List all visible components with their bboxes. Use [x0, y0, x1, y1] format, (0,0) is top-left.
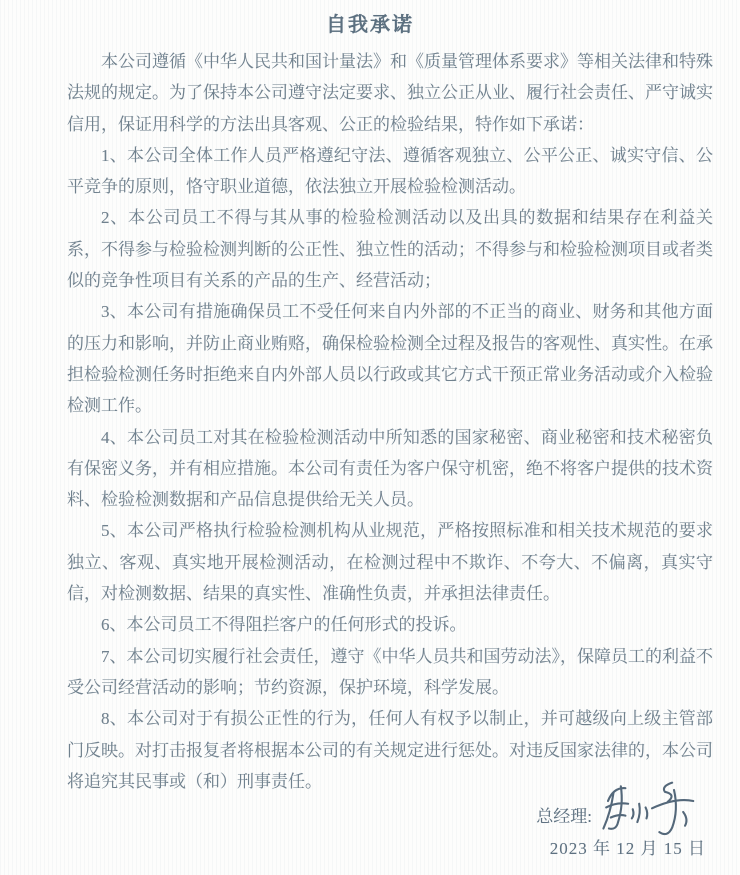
- signature-row: 总经理:: [536, 801, 706, 833]
- document-body: 本公司遵循《中华人民共和国计量法》和《质量管理体系要求》等相关法律和特殊法规的规…: [67, 46, 713, 797]
- signature-date: 2023 年 12 月 15 日: [536, 837, 706, 861]
- signature-title-label: 总经理:: [536, 805, 592, 829]
- commitment-item-5: 5、本公司严格执行检验检测机构从业规范，严格按照标准和相关技术规范的要求独立、客…: [67, 515, 713, 609]
- commitment-item-4: 4、本公司员工对其在检验检测活动中所知悉的国家秘密、商业秘密和技术秘密负有保密义…: [67, 422, 713, 516]
- handwritten-signature-icon: [596, 779, 708, 845]
- paragraph-intro: 本公司遵循《中华人民共和国计量法》和《质量管理体系要求》等相关法律和特殊法规的规…: [67, 46, 713, 140]
- commitment-item-6: 6、本公司员工不得阻拦客户的任何形式的投诉。: [67, 609, 713, 640]
- document-title: 自我承诺: [0, 0, 740, 39]
- signature-block: 总经理:: [536, 801, 706, 861]
- commitment-item-1: 1、本公司全体工作人员严格遵纪守法、遵循客观独立、公平公正、诚实守信、公平竞争的…: [67, 140, 713, 203]
- commitment-item-7: 7、本公司切实履行社会责任，遵守《中华人员共和国劳动法》，保障员工的利益不受公司…: [67, 641, 713, 704]
- commitment-item-2: 2、本公司员工不得与其从事的检验检测活动以及出具的数据和结果存在利益关系，不得参…: [67, 202, 713, 296]
- commitment-item-3: 3、本公司有措施确保员工不受任何来自内外部的不正当的商业、财务和其他方面的压力和…: [67, 296, 713, 421]
- scanned-document-page: 自我承诺 本公司遵循《中华人民共和国计量法》和《质量管理体系要求》等相关法律和特…: [0, 0, 740, 875]
